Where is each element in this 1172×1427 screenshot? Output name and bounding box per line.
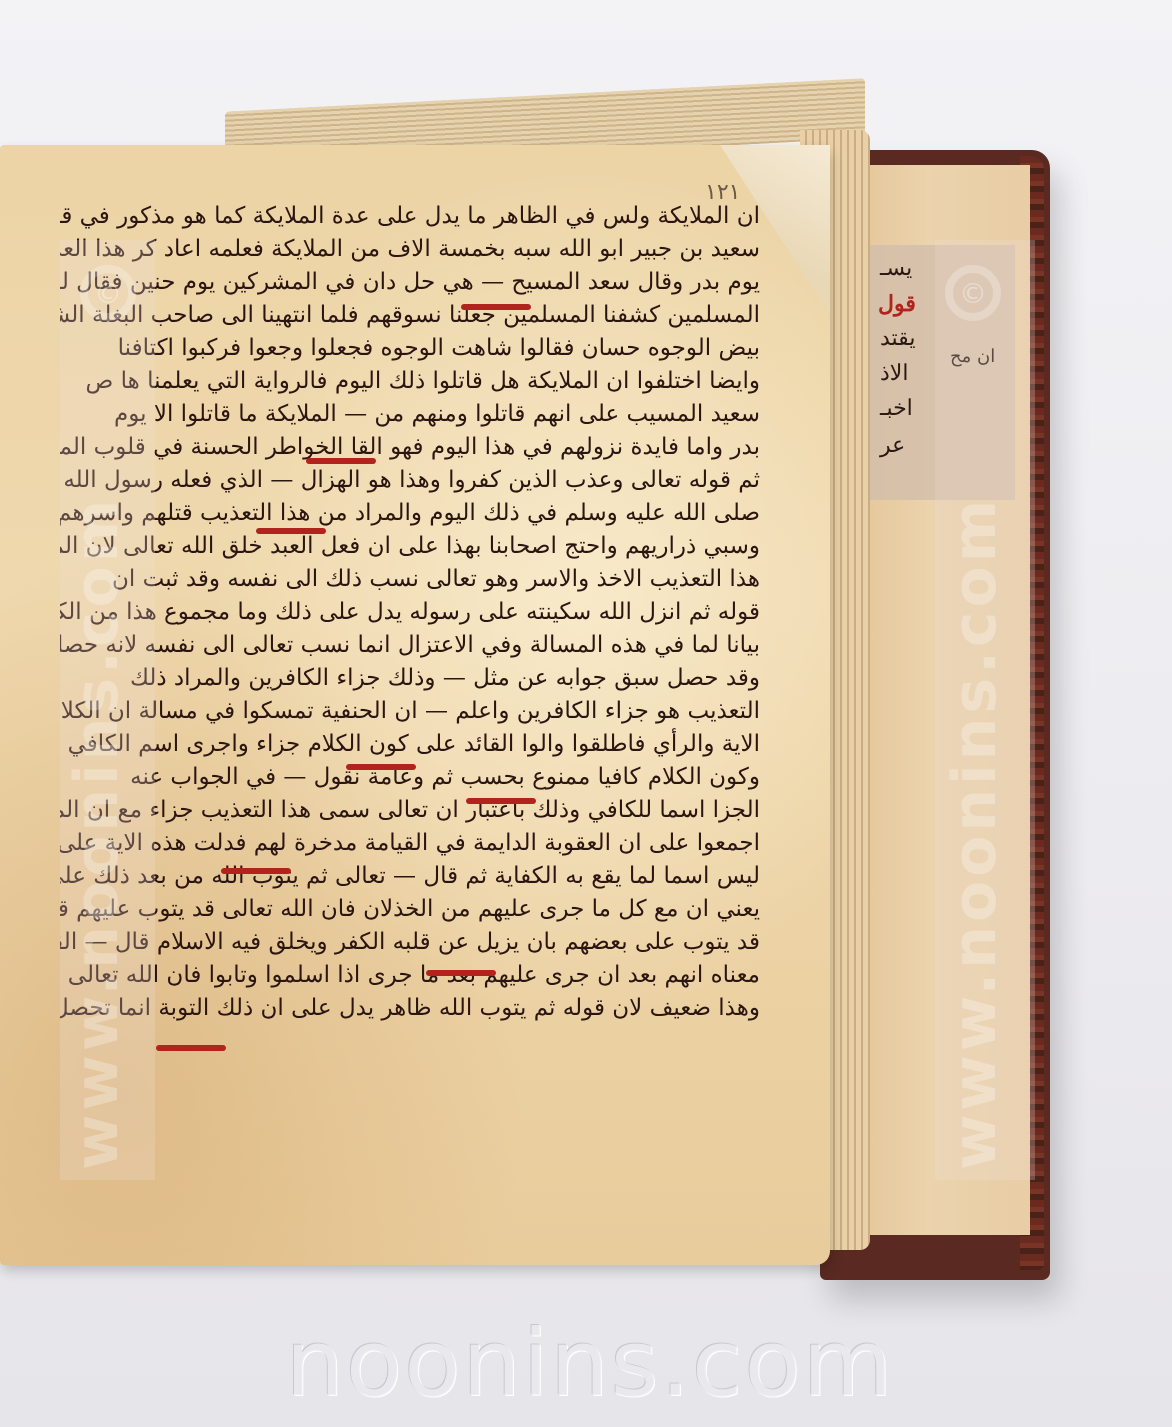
manuscript-line: يوم بدر وقال سعد المسيح — هي حل دان في ا… <box>60 266 760 299</box>
watermark-left: www.noonins.com <box>62 350 152 1170</box>
manuscript-line: اجمعوا على ان العقوبة الدايمة في القيامة… <box>60 827 760 860</box>
manuscript-line: بيانا لما في هذه المسالة وفي الاعتزال ان… <box>60 629 760 662</box>
rubric-mark <box>466 798 536 804</box>
manuscript-line: يعني ان مع كل ما جرى عليهم من الخذلان فا… <box>60 893 760 926</box>
manuscript-line: بدر واما فايدة نزولهم في هذا اليوم فهو ا… <box>60 431 760 464</box>
manuscript-line: قد يتوب على بعضهم بان يزيل عن قلبه الكفر… <box>60 926 760 959</box>
manuscript-line: وايضا اختلفوا ان الملايكة هل قاتلوا ذلك … <box>60 365 760 398</box>
manuscript-line: وقد حصل سبق جوابه عن مثل — وذلك جزاء الك… <box>60 662 760 695</box>
back-page-fragment: الاذ <box>880 360 908 389</box>
manuscript-line: صلى الله عليه وسلم في ذلك اليوم والمراد … <box>60 497 760 530</box>
manuscript-line: ثم قوله تعالى وعذب الذين كفروا وهذا هو ا… <box>60 464 760 497</box>
back-page-fragment: يسـ <box>880 255 912 284</box>
back-page-fragment-rubric: قول <box>878 290 916 319</box>
manuscript-line: وسبي ذراريهم واحتج اصحابنا بهذا على ان ف… <box>60 530 760 563</box>
back-page-fragment: يقتد <box>880 325 915 354</box>
manuscript-line: الاية والرأي فاطلقوا والوا القائد على كو… <box>60 728 760 761</box>
watermark-right: www.noonins.com <box>940 350 1030 1170</box>
manuscript-line: وهذا ضعيف لان قوله ثم يتوب الله ظاهر يدل… <box>60 992 760 1025</box>
manuscript-line: الجزا اسما للكافي وذلك باعتبار ان تعالى … <box>60 794 760 827</box>
rubric-mark <box>426 970 496 976</box>
manuscript-line: ان الملايكة ولس في الظاهر ما يدل على عدة… <box>60 200 760 233</box>
rubric-mark <box>461 304 531 310</box>
rubric-mark <box>306 458 376 464</box>
back-page-fragment: عر <box>880 432 905 461</box>
manuscript-line: سعيد بن جبير ابو الله سبه بخمسة الاف من … <box>60 233 760 266</box>
manuscript-line: التعذيب هو جزاء الكافرين واعلم — ان الحن… <box>60 695 760 728</box>
watermark-bottom: noonins.com <box>230 1310 950 1417</box>
rubric-mark <box>156 1045 226 1051</box>
back-page-fragment: اخبـ <box>880 395 913 424</box>
copyright-icon: © <box>80 265 136 321</box>
manuscript-line: بيض الوجوه حسان فقالوا شاهت الوجوه فجعلو… <box>60 332 760 365</box>
manuscript-line: المسلمين كشفنا المسلمين جعلنا نسوقهم فلم… <box>60 299 760 332</box>
rubric-mark <box>256 528 326 534</box>
manuscript-line: ليس اسما لما يقع به الكفاية ثم قال — تعا… <box>60 860 760 893</box>
rubric-mark <box>346 764 416 770</box>
manuscript-line: هذا التعذيب الاخذ والاسر وهو تعالى نسب ذ… <box>60 563 760 596</box>
manuscript-line: قوله ثم انزل الله سكينته على رسوله يدل ع… <box>60 596 760 629</box>
photo-scene: يسـ قول يقتد الاذ اخبـ عر ان مح ١٢١ ان ا… <box>0 0 1172 1427</box>
copyright-icon: © <box>945 265 1001 321</box>
manuscript-line: معناه انهم بعد ان جرى عليهم بعد ما جرى ا… <box>60 959 760 992</box>
rubric-mark <box>221 868 291 874</box>
manuscript-line: سعيد المسيب على انهم قاتلوا ومنهم من — ا… <box>60 398 760 431</box>
manuscript-text: ان الملايكة ولس في الظاهر ما يدل على عدة… <box>60 200 760 1025</box>
